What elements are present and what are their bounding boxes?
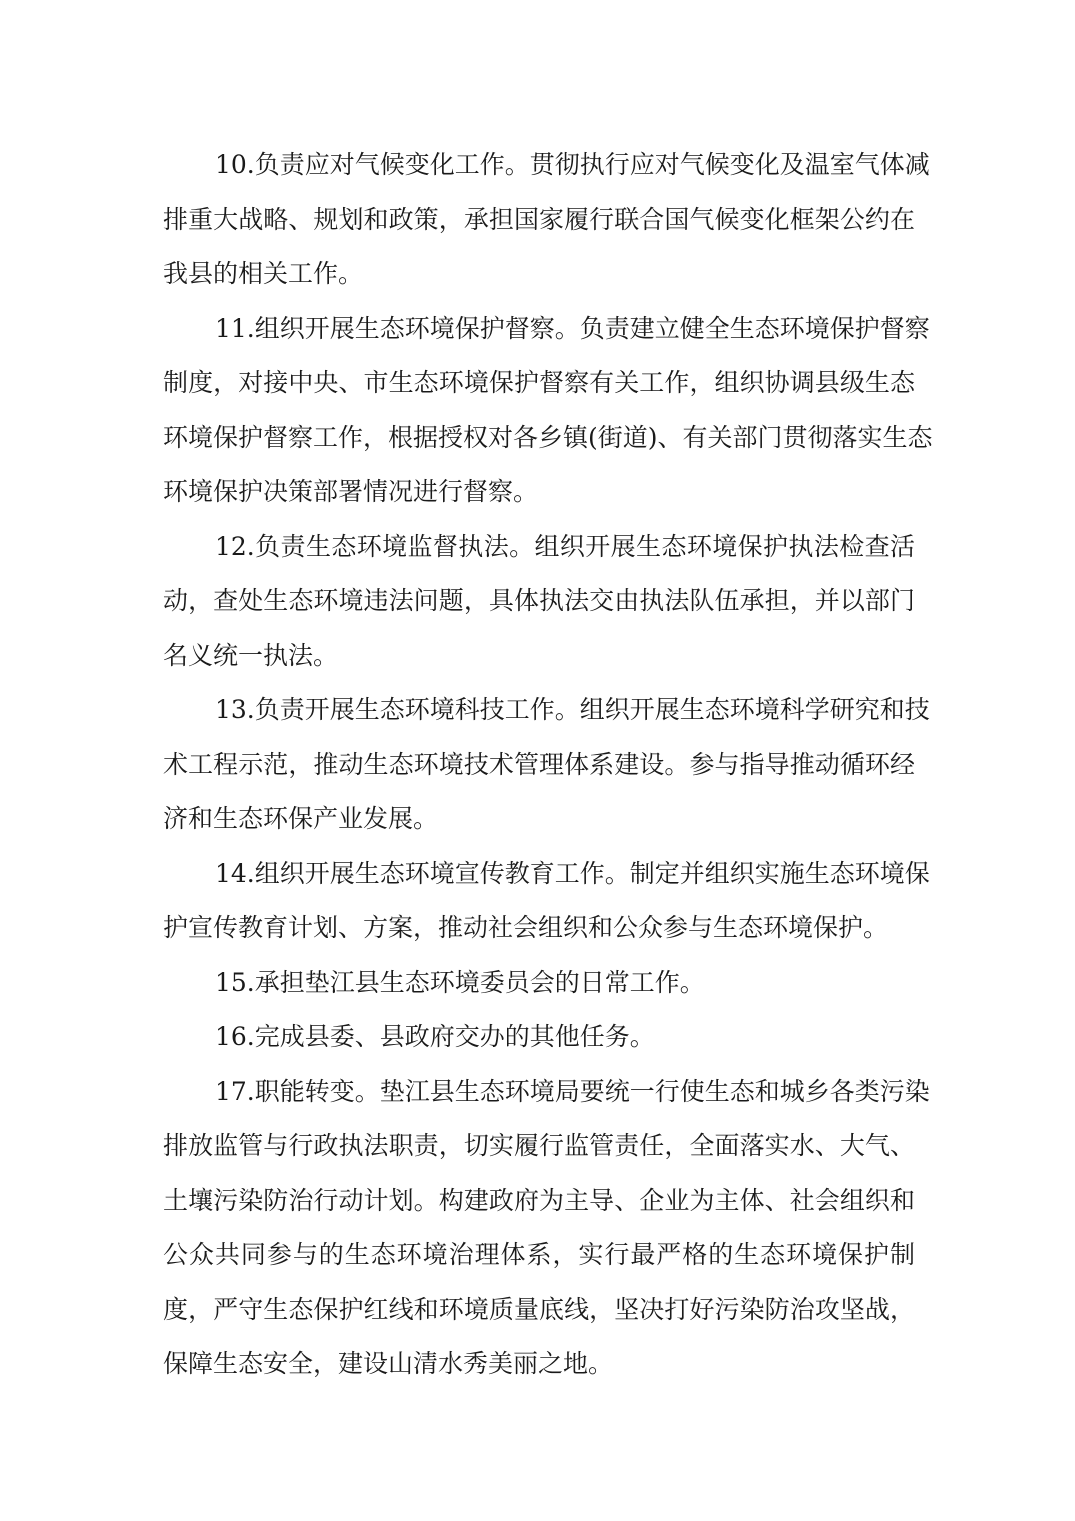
- paragraph-10: 10.负责应对气候变化工作。贯彻执行应对气候变化及温室气体减 排重大战略、规划和…: [163, 145, 915, 309]
- text-line: 排重大战略、规划和政策，承担国家履行联合国气候变化框架公约在: [163, 200, 915, 255]
- text-line: 排放监管与行政执法职责，切实履行监管责任，全面落实水、大气、: [163, 1126, 915, 1181]
- text-line: 度，严守生态保护红线和环境质量底线，坚决打好污染防治攻坚战，: [163, 1290, 915, 1345]
- paragraph-14: 14.组织开展生态环境宣传教育工作。制定并组织实施生态环境保 护宣传教育计划、方…: [163, 854, 915, 963]
- paragraph-13: 13.负责开展生态环境科技工作。组织开展生态环境科学研究和技 术工程示范，推动生…: [163, 690, 915, 854]
- paragraph-12: 12.负责生态环境监督执法。组织开展生态环境保护执法检查活 动，查处生态环境违法…: [163, 527, 915, 691]
- text-line: 济和生态环保产业发展。: [163, 799, 915, 854]
- paragraph-11: 11.组织开展生态环境保护督察。负责建立健全生态环境保护督察 制度，对接中央、市…: [163, 309, 915, 527]
- text-line: 10.负责应对气候变化工作。贯彻执行应对气候变化及温室气体减: [163, 145, 915, 200]
- text-line: 16.完成县委、县政府交办的其他任务。: [163, 1017, 915, 1072]
- text-line: 15.承担垫江县生态环境委员会的日常工作。: [163, 963, 915, 1018]
- text-line: 动，查处生态环境违法问题，具体执法交由执法队伍承担，并以部门: [163, 581, 915, 636]
- text-line: 14.组织开展生态环境宣传教育工作。制定并组织实施生态环境保: [163, 854, 915, 909]
- text-line: 保障生态安全，建设山清水秀美丽之地。: [163, 1344, 915, 1399]
- text-line: 环境保护督察工作，根据授权对各乡镇(街道)、有关部门贯彻落实生态: [163, 418, 915, 473]
- paragraph-15: 15.承担垫江县生态环境委员会的日常工作。: [163, 963, 915, 1018]
- paragraph-17: 17.职能转变。垫江县生态环境局要统一行使生态和城乡各类污染 排放监管与行政执法…: [163, 1072, 915, 1399]
- text-line: 环境保护决策部署情况进行督察。: [163, 472, 915, 527]
- text-line: 土壤污染防治行动计划。构建政府为主导、企业为主体、社会组织和: [163, 1181, 915, 1236]
- text-line: 11.组织开展生态环境保护督察。负责建立健全生态环境保护督察: [163, 309, 915, 364]
- text-line: 13.负责开展生态环境科技工作。组织开展生态环境科学研究和技: [163, 690, 915, 745]
- document-page: 10.负责应对气候变化工作。贯彻执行应对气候变化及温室气体减 排重大战略、规划和…: [163, 145, 915, 1399]
- text-line: 术工程示范，推动生态环境技术管理体系建设。参与指导推动循环经: [163, 745, 915, 800]
- text-line: 护宣传教育计划、方案，推动社会组织和公众参与生态环境保护。: [163, 908, 915, 963]
- text-line: 我县的相关工作。: [163, 254, 915, 309]
- text-line: 名义统一执法。: [163, 636, 915, 691]
- paragraph-16: 16.完成县委、县政府交办的其他任务。: [163, 1017, 915, 1072]
- text-line: 公众共同参与的生态环境治理体系，实行最严格的生态环境保护制: [163, 1235, 915, 1290]
- text-line: 12.负责生态环境监督执法。组织开展生态环境保护执法检查活: [163, 527, 915, 582]
- text-line: 制度，对接中央、市生态环境保护督察有关工作，组织协调县级生态: [163, 363, 915, 418]
- text-line: 17.职能转变。垫江县生态环境局要统一行使生态和城乡各类污染: [163, 1072, 915, 1127]
